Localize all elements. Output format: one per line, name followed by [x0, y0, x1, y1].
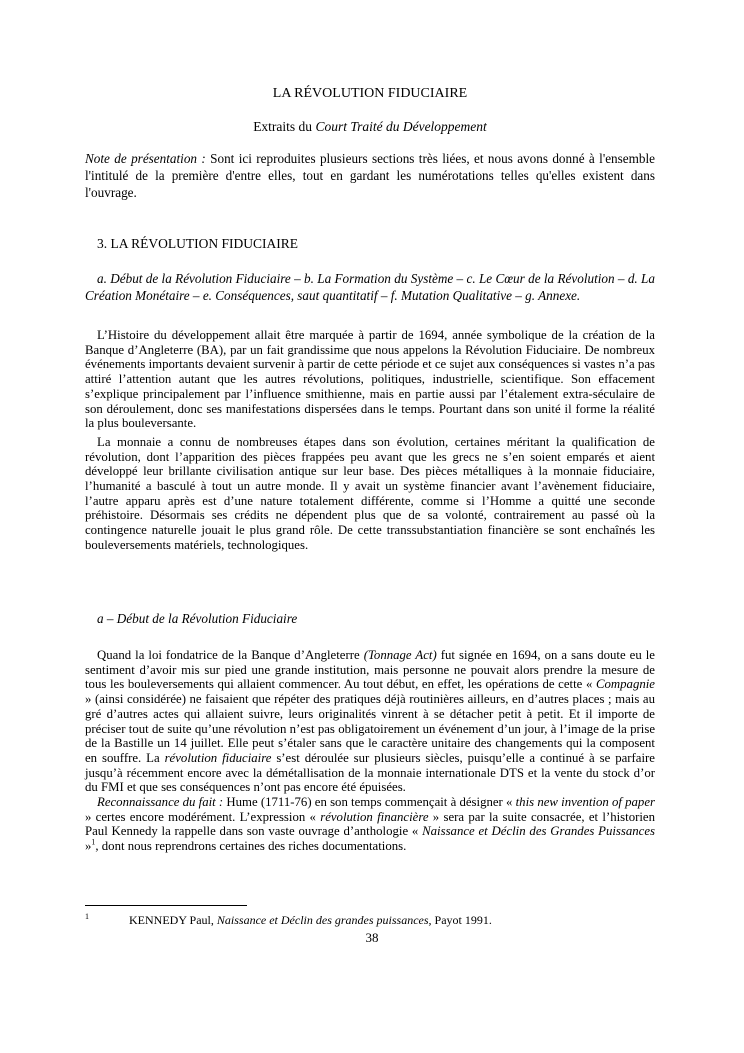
- page-title: LA RÉVOLUTION FIDUCIAIRE: [85, 86, 655, 102]
- footnote-marker: 1: [85, 912, 89, 921]
- body-block-1: L’Histoire du développement allait être …: [85, 328, 655, 553]
- paragraph-histoire: L’Histoire du développement allait être …: [85, 328, 655, 431]
- footnote-divider: [85, 905, 247, 906]
- doc-subtitle: Extraits du Court Traité du Développemen…: [85, 119, 655, 135]
- section-outline-text: a. Début de la Révolution Fiduciaire – b…: [85, 270, 655, 304]
- presentation-note: Note de présentation : Sont ici reprodui…: [85, 150, 655, 201]
- presentation-note-text: Note de présentation : Sont ici reprodui…: [85, 150, 655, 201]
- document-page: LA RÉVOLUTION FIDUCIAIRE Extraits du Cou…: [0, 0, 744, 1053]
- paragraph-tonnage-act: Quand la loi fondatrice de la Banque d’A…: [85, 648, 655, 795]
- page-number: 38: [0, 930, 744, 945]
- footnote: 1KENNEDY Paul, Naissance et Déclin des g…: [85, 909, 655, 928]
- paragraph-monnaie: La monnaie a connu de nombreuses étapes …: [85, 435, 655, 553]
- sub-heading-a: a – Début de la Révolution Fiduciaire: [85, 611, 667, 627]
- footnote-text: KENNEDY Paul, Naissance et Déclin des gr…: [129, 913, 492, 927]
- section-heading: 3. LA RÉVOLUTION FIDUCIAIRE: [85, 236, 667, 252]
- paragraph-reconnaissance: Reconnaissance du fait : Hume (1711-76) …: [85, 795, 655, 854]
- body-block-2: Quand la loi fondatrice de la Banque d’A…: [85, 648, 655, 854]
- section-outline: a. Début de la Révolution Fiduciaire – b…: [85, 270, 655, 304]
